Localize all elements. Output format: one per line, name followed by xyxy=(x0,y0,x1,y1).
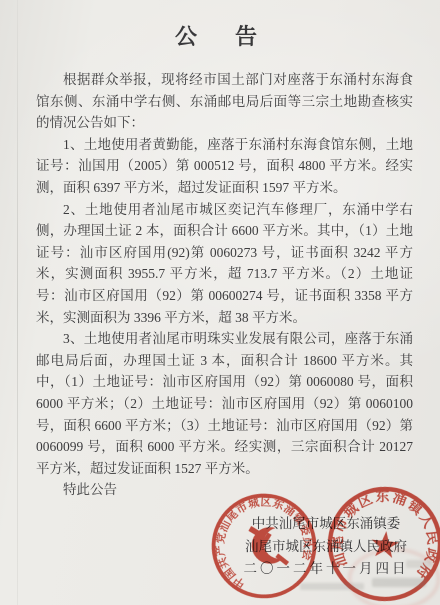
scan-crease-line xyxy=(17,0,18,605)
item-3-paragraph: 3、土地使用者汕尾市明珠实业发展有限公司，座落于东涌邮电局后面，办理国土证 3 … xyxy=(36,328,413,479)
scan-artifact xyxy=(372,578,426,587)
intro-paragraph: 根据群众举报，现将经市国土部门对座落于东涌村东海食馆东侧、东涌中学右侧、东涌邮电… xyxy=(36,69,413,134)
item-2-paragraph: 2、土地使用者汕尾市城区奕记汽车修理厂，东涌中学右侧，办理国土证 2 本，面积合… xyxy=(36,199,413,329)
page-title: 公 告 xyxy=(0,20,440,51)
scan-artifact xyxy=(300,583,364,590)
scan-artifact xyxy=(406,560,432,568)
document-body: 根据群众举报，现将经市国土部门对座落于东涌村东海食馆东侧、东涌中学右侧、东涌邮电… xyxy=(36,69,413,501)
seal-ghost-artifact xyxy=(348,548,440,605)
announcement-document: 公 告 根据群众举报，现将经市国土部门对座落于东涌村东海食馆东侧、东涌中学右侧、… xyxy=(0,0,440,605)
hammer-sickle-icon xyxy=(247,519,290,572)
item-1-paragraph: 1、土地使用者黄勤能，座落于东涌村东海食馆东侧，土地证号：汕国用（2005）第 … xyxy=(36,134,413,199)
